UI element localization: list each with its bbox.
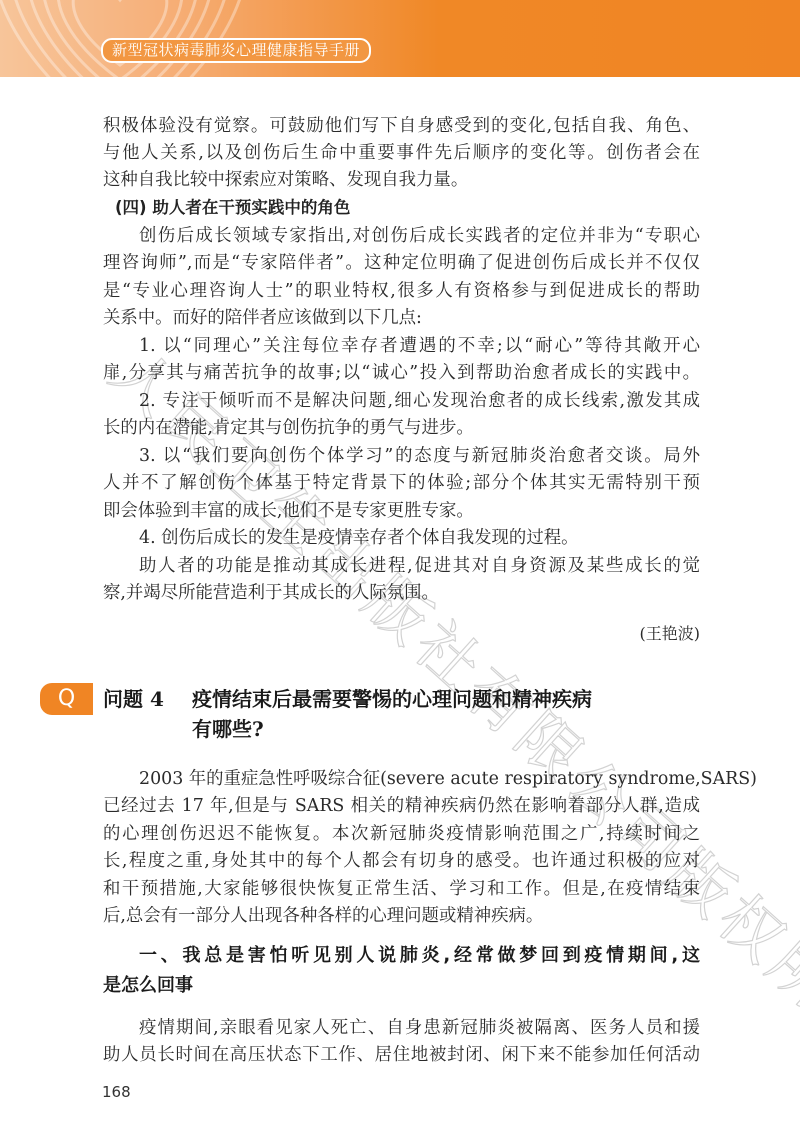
text-line: 和干预措施,大家能够很快恢复正常生活、学习和工作。但是,在疫情结束 xyxy=(103,877,700,901)
list-item-line: 长的内在潜能,肯定其与创伤抗争的勇气与进步。 xyxy=(103,416,700,440)
list-item-line: 人并不了解创伤个体基于特定背景下的体验;部分个体其实无需特别干预 xyxy=(103,471,700,495)
question-number: 问题 4 xyxy=(103,684,164,714)
text-line: 创伤后成长领域专家指出,对创伤后成长实践者的定位并非为“专职心 xyxy=(139,224,700,248)
text-line: 关系中。而好的陪伴者应该做到以下几点: xyxy=(103,306,700,330)
text-line: 助人员长时间在高压状态下工作、居住地被封闭、闲下来不能参加任何活动 xyxy=(103,1043,700,1067)
text-line: 理咨询师”,而是“专家陪伴者”。这种定位明确了促进创伤后成长并不仅仅 xyxy=(103,251,700,275)
text-line: 这种自我比较中探索应对策略、发现自我力量。 xyxy=(103,168,700,192)
page-header-banner: 新型冠状病毒肺炎心理健康指导手册 xyxy=(0,0,800,77)
text-line: 与他人关系,以及创伤后生命中重要事件先后顺序的变化等。创伤者会在 xyxy=(103,141,700,165)
text-line: 积极体验没有觉察。可鼓励他们写下自身感受到的变化,包括自我、角色、 xyxy=(103,114,700,138)
text-line: 助人者的功能是推动其成长进程,促进其对自身资源及某些成长的觉 xyxy=(139,554,700,578)
list-item-line: 1. 以“同理心”关注每位幸存者遭遇的不幸;以“耐心”等待其敞开心 xyxy=(139,334,700,358)
page-number: 168 xyxy=(102,1083,131,1101)
text-line: 的心理创伤迟迟不能恢复。本次新冠肺炎疫情影响范围之广,持续时间之 xyxy=(103,822,700,846)
text-line: 长,程度之重,身处其中的每个人都会有切身的感受。也许通过积极的应对 xyxy=(103,849,700,873)
author-attribution: (王艳波) xyxy=(640,622,701,646)
question-title-line: 疫情结束后最需要警惕的心理问题和精神疾病 xyxy=(192,684,702,714)
list-item-line: 3. 以“我们要向创伤个体学习”的态度与新冠肺炎治愈者交谈。局外 xyxy=(139,444,700,468)
text-line: 已经过去 17 年,但是与 SARS 相关的精神疾病仍然在影响着部分人群,造成 xyxy=(103,794,700,818)
question-badge: Q xyxy=(40,683,93,715)
text-line: 后,总会有一部分人出现各种各样的心理问题或精神疾病。 xyxy=(103,904,700,928)
section-heading: 一、我总是害怕听见别人说肺炎,经常做梦回到疫情期间,这 xyxy=(139,941,700,971)
list-item-line: 4. 创伤后成长的发生是疫情幸存者个体自我发现的过程。 xyxy=(139,526,700,550)
book-title-pill: 新型冠状病毒肺炎心理健康指导手册 xyxy=(101,38,371,63)
list-item-line: 即会体验到丰富的成长,他们不是专家更胜专家。 xyxy=(103,499,700,523)
list-item-line: 扉,分享其与痛苦抗争的故事;以“诚心”投入到帮助治愈者成长的实践中。 xyxy=(103,361,700,385)
text-line: 是“专业心理咨询人士”的职业特权,很多人有资格参与到促进成长的帮助 xyxy=(103,279,700,303)
text-line: 疫情期间,亲眼看见家人死亡、自身患新冠肺炎被隔离、医务人员和援 xyxy=(139,1016,700,1040)
subsection-heading: (四) 助人者在干预实践中的角色 xyxy=(115,196,350,220)
text-line: 2003 年的重症急性呼吸综合征(severe acute respirator… xyxy=(139,767,700,791)
question-title: 疫情结束后最需要警惕的心理问题和精神疾病 有哪些? xyxy=(192,684,702,744)
text-line: 察,并竭尽所能营造利于其成长的人际氛围。 xyxy=(103,581,700,605)
list-item-line: 2. 专注于倾听而不是解决问题,细心发现治愈者的成长线索,激发其成 xyxy=(139,389,700,413)
section-heading: 是怎么回事 xyxy=(103,971,700,1001)
question-title-line: 有哪些? xyxy=(192,714,702,744)
